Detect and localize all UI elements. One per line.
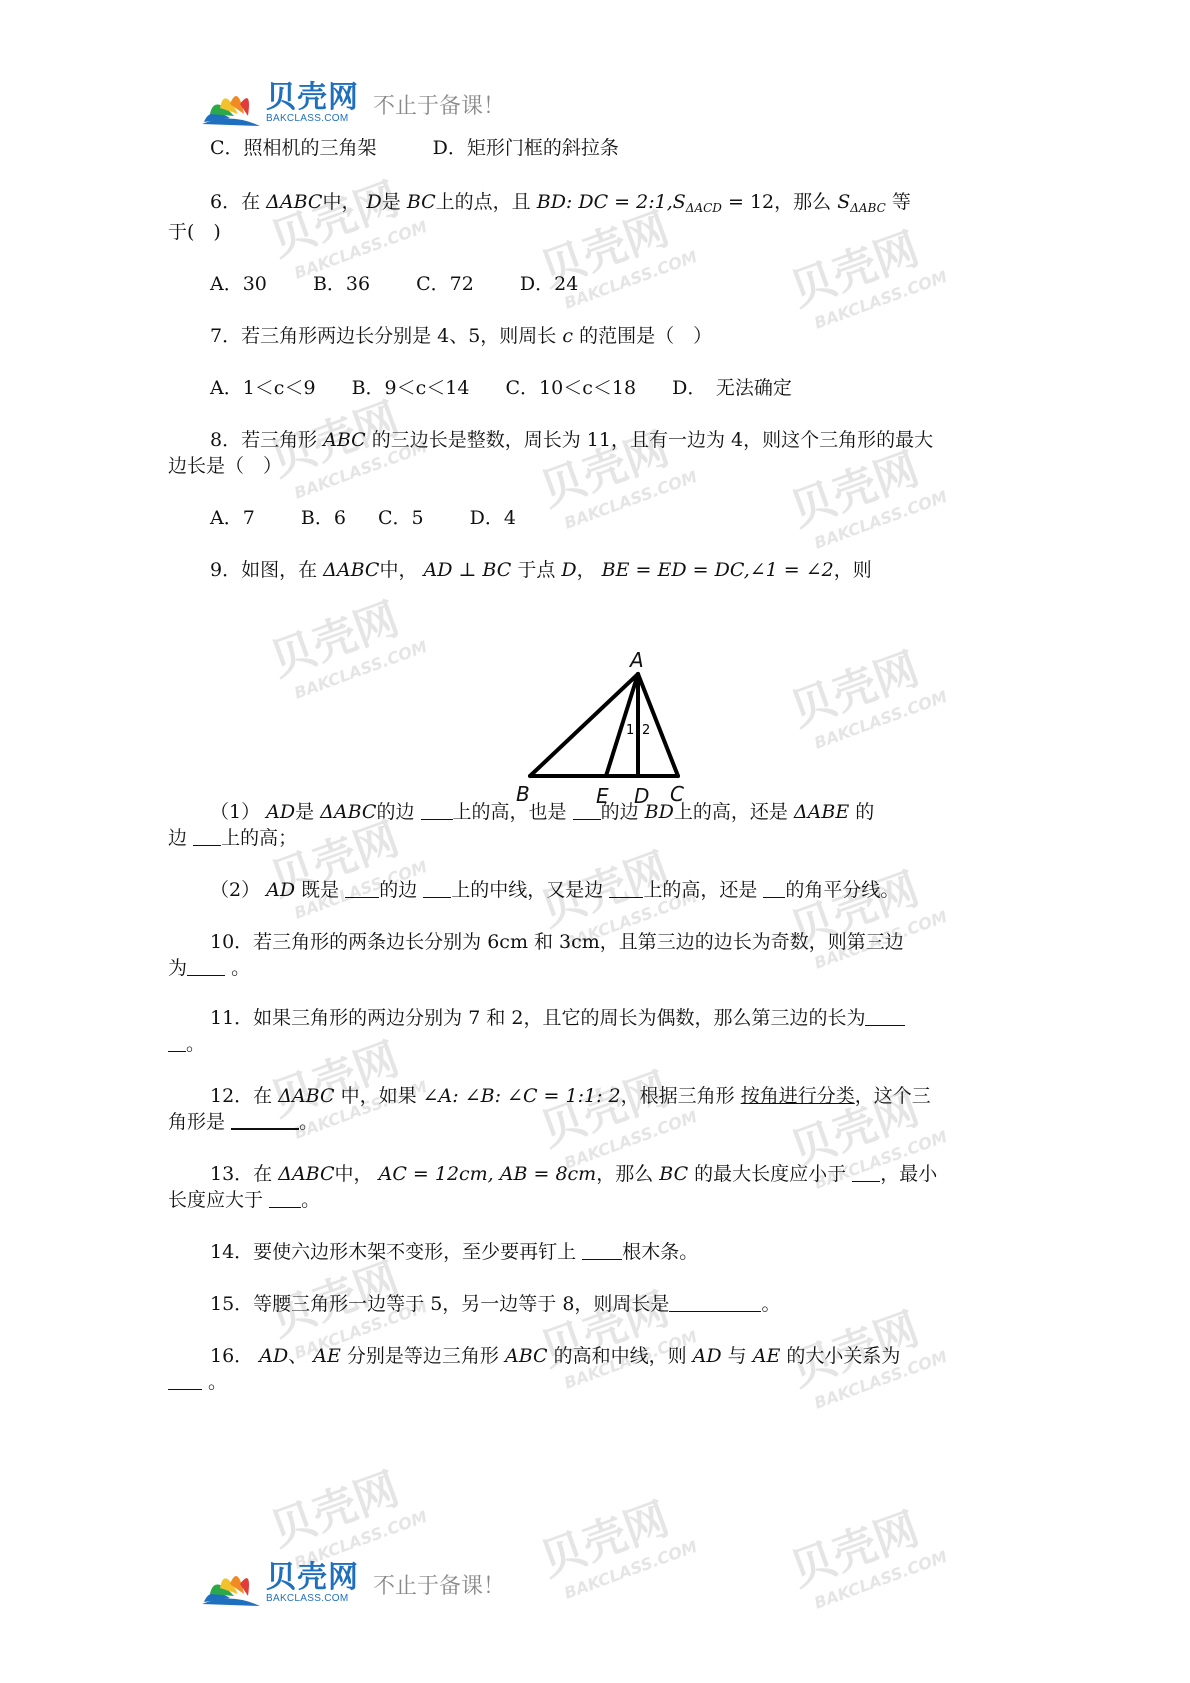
- underlined-term: 按角进行分类: [741, 1085, 855, 1107]
- bakclass-fan-logo-icon: [200, 1562, 262, 1606]
- answer-blank[interactable]: [345, 879, 379, 898]
- q16-stem: 16． AD、 AE 分别是等边三角形 ABC 的高和中线，则 AD 与 AE …: [210, 1342, 900, 1370]
- answer-blank[interactable]: [168, 1033, 186, 1052]
- answer-blank[interactable]: [187, 957, 225, 976]
- math-triangle: ΔABC: [266, 191, 322, 213]
- q8-stem-cont: 边长是（ ）: [168, 452, 282, 480]
- angle-2-label: 2: [642, 723, 650, 738]
- q9-sub1-cont: 边 上的高；: [168, 824, 297, 852]
- q6-options: A．30 B．36 C．72 D．24: [210, 270, 578, 298]
- q9-sub2: （2） AD 既是 的边 上的中线，又是边 上的高，还是 的角平分线。: [210, 876, 899, 904]
- brand-name: 贝壳网: [266, 83, 359, 113]
- q5-options: C．照相机的三角架 D．矩形门框的斜拉条: [210, 134, 619, 162]
- q16-stem-cont: 。: [168, 1368, 227, 1396]
- answer-blank[interactable]: [269, 1189, 301, 1208]
- q7-stem: 7．若三角形两边长分别是 4、5，则周长 c 的范围是（ ）: [210, 322, 712, 350]
- watermark: 贝壳网BAKCLASS.COM: [780, 627, 949, 756]
- header-logo: 贝壳网 BAKCLASS.COM 不止于备课！: [200, 82, 505, 126]
- math-ratio: BD: DC = 2:1,: [537, 191, 673, 213]
- brand-domain: BAKCLASS.COM: [266, 113, 359, 125]
- answer-blank[interactable]: [609, 879, 643, 898]
- angle-1-label: 1: [626, 723, 634, 738]
- q5-option-d: D．矩形门框的斜拉条: [433, 137, 619, 159]
- point-e-label: E: [596, 784, 609, 808]
- answer-blank[interactable]: [421, 801, 453, 820]
- point-d-label: D: [634, 784, 649, 808]
- q11-stem-cont: 。: [168, 1030, 205, 1058]
- answer-blank[interactable]: [865, 1007, 905, 1026]
- answer-blank[interactable]: [763, 879, 785, 898]
- q8-stem: 8．若三角形 ABC 的三边长是整数，周长为 11，且有一边为 4，则这个三角形…: [210, 426, 933, 454]
- watermark: 贝壳网BAKCLASS.COM: [530, 1047, 699, 1176]
- q6-stem: 6．在 ΔABC中， D是 BC上的点，且 BD: DC = 2:1,SΔACD…: [210, 188, 911, 222]
- q10-stem: 10．若三角形的两条边长分别为 6cm 和 3cm，且第三边的边长为奇数，则第三…: [210, 928, 904, 956]
- watermark: 贝壳网BAKCLASS.COM: [260, 1447, 429, 1576]
- q10-stem-cont: 为 。: [168, 954, 250, 982]
- footer-logo: 贝壳网 BAKCLASS.COM 不止于备课！: [200, 1562, 505, 1606]
- brand-domain: BAKCLASS.COM: [266, 1593, 359, 1605]
- watermark: 贝壳网BAKCLASS.COM: [780, 207, 949, 336]
- q12-stem: 12．在 ΔABC 中，如果 ∠A: ∠B: ∠C = 1:1: 2，根据三角形…: [210, 1082, 931, 1110]
- q13-stem-cont: 长度应大于 。: [168, 1186, 320, 1214]
- answer-blank[interactable]: [669, 1293, 761, 1312]
- vertex-c-label: C: [670, 782, 684, 806]
- watermark: 贝壳网BAKCLASS.COM: [530, 1477, 699, 1606]
- watermark: 贝壳网BAKCLASS.COM: [780, 847, 949, 976]
- q6-stem-cont: 于( ): [168, 218, 221, 246]
- triangle-figure: 1 2 A B E D C: [520, 656, 720, 826]
- answer-blank[interactable]: [423, 879, 451, 898]
- brand-name: 贝壳网: [266, 1563, 359, 1593]
- bakclass-fan-logo-icon: [200, 82, 262, 126]
- watermark: 贝壳网BAKCLASS.COM: [260, 577, 429, 706]
- answer-blank[interactable]: [852, 1163, 880, 1182]
- answer-blank[interactable]: [582, 1241, 622, 1260]
- triangle-diagram: 1 2: [520, 656, 720, 796]
- vertex-a-label: A: [630, 648, 644, 672]
- answer-blank[interactable]: [193, 827, 221, 846]
- q5-option-c: C．照相机的三角架: [210, 137, 377, 159]
- q8-options: A．7 B．6 C．5 D．4: [210, 504, 516, 532]
- watermark: 贝壳网BAKCLASS.COM: [530, 1267, 699, 1396]
- brand-slogan: 不止于备课！: [373, 89, 505, 120]
- q11-stem: 11．如果三角形的两边分别为 7 和 2，且它的周长为偶数，那么第三边的长为: [210, 1004, 905, 1032]
- q9-stem: 9．如图，在 ΔABC中， AD ⊥ BC 于点 D， BE = ED = DC…: [210, 556, 872, 584]
- q14-stem: 14．要使六边形木架不变形，至少要再钉上 根木条。: [210, 1238, 698, 1266]
- answer-blank[interactable]: [231, 1110, 299, 1130]
- q15-stem: 15．等腰三角形一边等于 5，另一边等于 8，则周长是。: [210, 1290, 780, 1318]
- vertex-b-label: B: [516, 782, 530, 806]
- q13-stem: 13．在 ΔABC中， AC = 12cm, AB = 8cm，那么 BC 的最…: [210, 1160, 937, 1188]
- q12-stem-cont: 角形是 。: [168, 1108, 318, 1136]
- answer-blank[interactable]: [168, 1371, 202, 1390]
- watermark: 贝壳网BAKCLASS.COM: [780, 1487, 949, 1616]
- brand-slogan: 不止于备课！: [373, 1569, 505, 1600]
- q7-options: A．1＜c＜9 B．9＜c＜14 C．10＜c＜18 D． 无法确定: [210, 374, 792, 402]
